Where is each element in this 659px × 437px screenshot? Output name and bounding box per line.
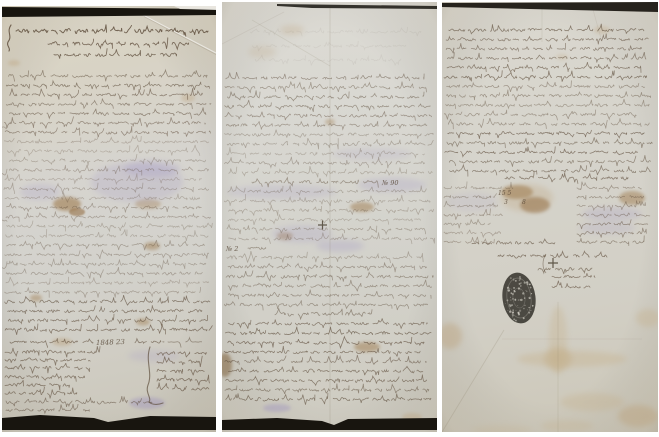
manuscript-page-3: 15 5 3 8 [442, 2, 658, 432]
manuscript-page-1: 1848 23 [2, 6, 216, 432]
scanned-document-composite: 1848 23 [0, 0, 659, 437]
manuscript-page-2: № 90 № 2 [222, 2, 437, 432]
number-fragment-90: № 90 [381, 179, 399, 187]
table-number-3: 8 [522, 199, 526, 206]
table-number-2: 3 [504, 199, 508, 206]
date-fragment: 1848 23 [96, 338, 126, 347]
number-fragment-2: № 2 [225, 245, 238, 253]
table-number-1: 15 5 [498, 190, 512, 197]
